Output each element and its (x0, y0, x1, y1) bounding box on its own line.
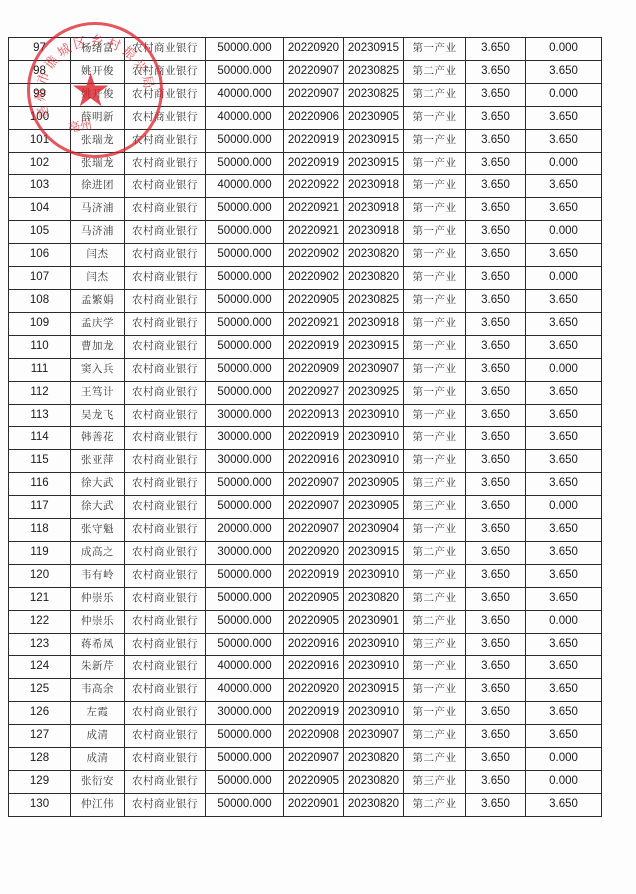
cell-subsidy-rate: 0.000 (526, 152, 602, 175)
cell-start-date: 20220919 (284, 702, 344, 725)
cell-index: 127 (9, 725, 71, 748)
cell-subsidy-rate: 3.650 (526, 244, 602, 267)
cell-start-date: 20220919 (284, 129, 344, 152)
cell-name: 韩善花 (71, 427, 125, 450)
cell-rate: 3.650 (466, 60, 526, 83)
table-row: 129 张衍安 农村商业银行 50000.000 20220905 202308… (9, 771, 602, 794)
cell-end-date: 20230918 (344, 198, 404, 221)
cell-loan-amount: 50000.000 (206, 610, 284, 633)
cell-end-date: 20230910 (344, 427, 404, 450)
cell-bank: 农村商业银行 (125, 771, 206, 794)
table-row: 120 韦有岭 农村商业银行 50000.000 20220919 202309… (9, 564, 602, 587)
cell-loan-amount: 40000.000 (206, 175, 284, 198)
table-row: 114 韩善花 农村商业银行 30000.000 20220919 202309… (9, 427, 602, 450)
cell-subsidy-rate: 3.650 (526, 198, 602, 221)
cell-index: 111 (9, 358, 71, 381)
cell-rate: 3.650 (466, 564, 526, 587)
cell-end-date: 20230904 (344, 519, 404, 542)
cell-rate: 3.650 (466, 771, 526, 794)
cell-name: 徐大武 (71, 473, 125, 496)
cell-industry: 第二产业 (404, 725, 466, 748)
cell-end-date: 20230905 (344, 473, 404, 496)
cell-end-date: 20230915 (344, 152, 404, 175)
cell-index: 110 (9, 335, 71, 358)
cell-end-date: 20230901 (344, 610, 404, 633)
cell-bank: 农村商业银行 (125, 427, 206, 450)
cell-rate: 3.650 (466, 473, 526, 496)
cell-industry: 第一产业 (404, 519, 466, 542)
cell-loan-amount: 50000.000 (206, 587, 284, 610)
cell-industry: 第二产业 (404, 587, 466, 610)
cell-bank: 农村商业银行 (125, 404, 206, 427)
cell-industry: 第二产业 (404, 541, 466, 564)
cell-start-date: 20220919 (284, 564, 344, 587)
cell-index: 128 (9, 748, 71, 771)
cell-bank: 农村商业银行 (125, 541, 206, 564)
cell-loan-amount: 50000.000 (206, 60, 284, 83)
cell-loan-amount: 50000.000 (206, 358, 284, 381)
table-row: 124 朱新芹 农村商业银行 40000.000 20220916 202309… (9, 656, 602, 679)
cell-industry: 第一产业 (404, 267, 466, 290)
cell-index: 125 (9, 679, 71, 702)
table-row: 127 成清 农村商业银行 50000.000 20220908 2023090… (9, 725, 602, 748)
cell-industry: 第一产业 (404, 404, 466, 427)
cell-bank: 农村商业银行 (125, 633, 206, 656)
cell-end-date: 20230910 (344, 404, 404, 427)
cell-rate: 3.650 (466, 656, 526, 679)
cell-loan-amount: 20000.000 (206, 519, 284, 542)
cell-start-date: 20220906 (284, 106, 344, 129)
cell-bank: 农村商业银行 (125, 83, 206, 106)
cell-index: 120 (9, 564, 71, 587)
cell-bank: 农村商业银行 (125, 564, 206, 587)
cell-rate: 3.650 (466, 335, 526, 358)
cell-index: 122 (9, 610, 71, 633)
cell-start-date: 20220927 (284, 381, 344, 404)
cell-industry: 第一产业 (404, 38, 466, 61)
cell-rate: 3.650 (466, 129, 526, 152)
cell-loan-amount: 50000.000 (206, 312, 284, 335)
cell-start-date: 20220921 (284, 198, 344, 221)
cell-bank: 农村商业银行 (125, 38, 206, 61)
cell-industry: 第二产业 (404, 60, 466, 83)
cell-industry: 第一产业 (404, 679, 466, 702)
cell-name: 马济浦 (71, 221, 125, 244)
cell-start-date: 20220908 (284, 725, 344, 748)
cell-end-date: 20230907 (344, 358, 404, 381)
cell-rate: 3.650 (466, 725, 526, 748)
cell-rate: 3.650 (466, 289, 526, 312)
cell-rate: 3.650 (466, 267, 526, 290)
cell-loan-amount: 40000.000 (206, 83, 284, 106)
cell-index: 117 (9, 496, 71, 519)
table-row: 100 薛明新 农村商业银行 40000.000 20220906 202309… (9, 106, 602, 129)
cell-index: 102 (9, 152, 71, 175)
cell-name: 仲江伟 (71, 793, 125, 816)
table-body: 97 杨绪富 农村商业银行 50000.000 20220920 2023091… (9, 38, 602, 817)
cell-loan-amount: 50000.000 (206, 244, 284, 267)
cell-end-date: 20230918 (344, 175, 404, 198)
cell-industry: 第一产业 (404, 656, 466, 679)
cell-industry: 第一产业 (404, 427, 466, 450)
cell-rate: 3.650 (466, 633, 526, 656)
cell-subsidy-rate: 3.650 (526, 60, 602, 83)
cell-end-date: 20230820 (344, 748, 404, 771)
cell-end-date: 20230825 (344, 289, 404, 312)
cell-start-date: 20220920 (284, 679, 344, 702)
cell-index: 100 (9, 106, 71, 129)
cell-loan-amount: 30000.000 (206, 702, 284, 725)
cell-bank: 农村商业银行 (125, 289, 206, 312)
cell-name: 张亚萍 (71, 450, 125, 473)
cell-subsidy-rate: 0.000 (526, 267, 602, 290)
cell-end-date: 20230915 (344, 38, 404, 61)
cell-end-date: 20230820 (344, 267, 404, 290)
cell-industry: 第三产业 (404, 496, 466, 519)
cell-bank: 农村商业银行 (125, 267, 206, 290)
cell-bank: 农村商业银行 (125, 335, 206, 358)
cell-industry: 第一产业 (404, 312, 466, 335)
cell-index: 98 (9, 60, 71, 83)
cell-loan-amount: 50000.000 (206, 38, 284, 61)
cell-index: 104 (9, 198, 71, 221)
cell-name: 张瑞龙 (71, 152, 125, 175)
cell-bank: 农村商业银行 (125, 587, 206, 610)
cell-name: 张守魁 (71, 519, 125, 542)
cell-name: 成清 (71, 725, 125, 748)
cell-end-date: 20230915 (344, 679, 404, 702)
cell-end-date: 20230925 (344, 381, 404, 404)
cell-name: 闫杰 (71, 267, 125, 290)
table-row: 128 成清 农村商业银行 50000.000 20220907 2023082… (9, 748, 602, 771)
cell-start-date: 20220905 (284, 289, 344, 312)
cell-subsidy-rate: 0.000 (526, 748, 602, 771)
cell-name: 姚开俊 (71, 83, 125, 106)
cell-subsidy-rate: 0.000 (526, 496, 602, 519)
cell-start-date: 20220921 (284, 221, 344, 244)
cell-start-date: 20220905 (284, 587, 344, 610)
cell-subsidy-rate: 3.650 (526, 129, 602, 152)
cell-name: 吴龙飞 (71, 404, 125, 427)
cell-subsidy-rate: 3.650 (526, 679, 602, 702)
cell-index: 109 (9, 312, 71, 335)
cell-loan-amount: 50000.000 (206, 633, 284, 656)
cell-subsidy-rate: 3.650 (526, 312, 602, 335)
cell-rate: 3.650 (466, 610, 526, 633)
cell-name: 曹加龙 (71, 335, 125, 358)
table-row: 122 仲崇乐 农村商业银行 50000.000 20220905 202309… (9, 610, 602, 633)
cell-subsidy-rate: 3.650 (526, 106, 602, 129)
cell-bank: 农村商业银行 (125, 175, 206, 198)
cell-end-date: 20230905 (344, 106, 404, 129)
cell-subsidy-rate: 0.000 (526, 610, 602, 633)
table-row: 103 徐进团 农村商业银行 40000.000 20220922 202309… (9, 175, 602, 198)
table-row: 105 马济浦 农村商业银行 50000.000 20220921 202309… (9, 221, 602, 244)
cell-start-date: 20220920 (284, 38, 344, 61)
cell-name: 姚开俊 (71, 60, 125, 83)
cell-name: 张衍安 (71, 771, 125, 794)
cell-end-date: 20230820 (344, 244, 404, 267)
cell-rate: 3.650 (466, 702, 526, 725)
cell-loan-amount: 30000.000 (206, 404, 284, 427)
cell-loan-amount: 30000.000 (206, 427, 284, 450)
table-row: 107 闫杰 农村商业银行 50000.000 20220902 2023082… (9, 267, 602, 290)
cell-start-date: 20220913 (284, 404, 344, 427)
cell-bank: 农村商业银行 (125, 244, 206, 267)
cell-rate: 3.650 (466, 541, 526, 564)
cell-index: 114 (9, 427, 71, 450)
cell-index: 103 (9, 175, 71, 198)
cell-industry: 第一产业 (404, 244, 466, 267)
cell-start-date: 20220922 (284, 175, 344, 198)
table-row: 108 孟繁娟 农村商业银行 50000.000 20220905 202308… (9, 289, 602, 312)
cell-industry: 第三产业 (404, 771, 466, 794)
cell-bank: 农村商业银行 (125, 129, 206, 152)
cell-index: 121 (9, 587, 71, 610)
cell-loan-amount: 40000.000 (206, 106, 284, 129)
cell-start-date: 20220907 (284, 496, 344, 519)
table-row: 106 闫杰 农村商业银行 50000.000 20220902 2023082… (9, 244, 602, 267)
cell-subsidy-rate: 3.650 (526, 587, 602, 610)
table-row: 110 曹加龙 农村商业银行 50000.000 20220919 202309… (9, 335, 602, 358)
cell-start-date: 20220907 (284, 83, 344, 106)
cell-start-date: 20220921 (284, 312, 344, 335)
table-row: 126 左霞 农村商业银行 30000.000 20220919 2023091… (9, 702, 602, 725)
cell-industry: 第二产业 (404, 748, 466, 771)
cell-bank: 农村商业银行 (125, 106, 206, 129)
cell-bank: 农村商业银行 (125, 381, 206, 404)
table-row: 118 张守魁 农村商业银行 20000.000 20220907 202309… (9, 519, 602, 542)
cell-name: 仲崇乐 (71, 610, 125, 633)
table-row: 116 徐大武 农村商业银行 50000.000 20220907 202309… (9, 473, 602, 496)
cell-loan-amount: 50000.000 (206, 793, 284, 816)
cell-name: 左霞 (71, 702, 125, 725)
cell-rate: 3.650 (466, 106, 526, 129)
cell-subsidy-rate: 3.650 (526, 793, 602, 816)
cell-end-date: 20230915 (344, 335, 404, 358)
cell-industry: 第一产业 (404, 450, 466, 473)
cell-rate: 3.650 (466, 83, 526, 106)
cell-subsidy-rate: 3.650 (526, 725, 602, 748)
cell-rate: 3.650 (466, 381, 526, 404)
cell-end-date: 20230910 (344, 564, 404, 587)
cell-loan-amount: 50000.000 (206, 267, 284, 290)
cell-start-date: 20220920 (284, 541, 344, 564)
cell-name: 张瑞龙 (71, 129, 125, 152)
cell-end-date: 20230820 (344, 771, 404, 794)
table-row: 123 蒋希凤 农村商业银行 50000.000 20220916 202309… (9, 633, 602, 656)
table-row: 121 仲崇乐 农村商业银行 50000.000 20220905 202308… (9, 587, 602, 610)
cell-end-date: 20230910 (344, 633, 404, 656)
cell-loan-amount: 50000.000 (206, 221, 284, 244)
cell-industry: 第一产业 (404, 198, 466, 221)
cell-index: 105 (9, 221, 71, 244)
cell-start-date: 20220916 (284, 656, 344, 679)
table-row: 112 王笃计 农村商业银行 50000.000 20220927 202309… (9, 381, 602, 404)
cell-loan-amount: 50000.000 (206, 496, 284, 519)
loan-subsidy-table: 97 杨绪富 农村商业银行 50000.000 20220920 2023091… (8, 37, 602, 817)
cell-loan-amount: 30000.000 (206, 450, 284, 473)
cell-start-date: 20220916 (284, 450, 344, 473)
cell-start-date: 20220909 (284, 358, 344, 381)
cell-name: 仲崇乐 (71, 587, 125, 610)
cell-name: 杨绪富 (71, 38, 125, 61)
cell-name: 韦有岭 (71, 564, 125, 587)
table-row: 111 窦入兵 农村商业银行 50000.000 20220909 202309… (9, 358, 602, 381)
table-row: 115 张亚萍 农村商业银行 30000.000 20220916 202309… (9, 450, 602, 473)
cell-name: 窦入兵 (71, 358, 125, 381)
cell-start-date: 20220919 (284, 427, 344, 450)
cell-end-date: 20230918 (344, 312, 404, 335)
scanned-page: 97 杨绪富 农村商业银行 50000.000 20220920 2023091… (0, 0, 636, 894)
table-row: 109 孟庆学 农村商业银行 50000.000 20220921 202309… (9, 312, 602, 335)
cell-rate: 3.650 (466, 679, 526, 702)
cell-subsidy-rate: 3.650 (526, 175, 602, 198)
cell-industry: 第一产业 (404, 381, 466, 404)
cell-loan-amount: 50000.000 (206, 381, 284, 404)
cell-rate: 3.650 (466, 38, 526, 61)
cell-bank: 农村商业银行 (125, 496, 206, 519)
cell-rate: 3.650 (466, 152, 526, 175)
cell-name: 孟庆学 (71, 312, 125, 335)
cell-end-date: 20230820 (344, 587, 404, 610)
cell-start-date: 20220919 (284, 335, 344, 358)
cell-subsidy-rate: 0.000 (526, 83, 602, 106)
table-row: 98 姚开俊 农村商业银行 50000.000 20220907 2023082… (9, 60, 602, 83)
cell-rate: 3.650 (466, 358, 526, 381)
cell-loan-amount: 40000.000 (206, 679, 284, 702)
cell-index: 123 (9, 633, 71, 656)
table-row: 99 姚开俊 农村商业银行 40000.000 20220907 2023082… (9, 83, 602, 106)
cell-index: 106 (9, 244, 71, 267)
cell-rate: 3.650 (466, 450, 526, 473)
cell-start-date: 20220919 (284, 152, 344, 175)
cell-subsidy-rate: 3.650 (526, 381, 602, 404)
cell-name: 成清 (71, 748, 125, 771)
table-row: 125 韦高余 农村商业银行 40000.000 20220920 202309… (9, 679, 602, 702)
table-row: 97 杨绪富 农村商业银行 50000.000 20220920 2023091… (9, 38, 602, 61)
cell-name: 徐大武 (71, 496, 125, 519)
cell-index: 126 (9, 702, 71, 725)
cell-subsidy-rate: 3.650 (526, 335, 602, 358)
cell-rate: 3.650 (466, 198, 526, 221)
cell-rate: 3.650 (466, 748, 526, 771)
cell-index: 107 (9, 267, 71, 290)
cell-industry: 第一产业 (404, 152, 466, 175)
cell-bank: 农村商业银行 (125, 702, 206, 725)
cell-loan-amount: 50000.000 (206, 725, 284, 748)
cell-industry: 第一产业 (404, 129, 466, 152)
cell-loan-amount: 30000.000 (206, 541, 284, 564)
cell-name: 马济浦 (71, 198, 125, 221)
cell-loan-amount: 50000.000 (206, 771, 284, 794)
cell-index: 129 (9, 771, 71, 794)
cell-start-date: 20220907 (284, 473, 344, 496)
cell-rate: 3.650 (466, 221, 526, 244)
cell-start-date: 20220907 (284, 60, 344, 83)
cell-subsidy-rate: 0.000 (526, 221, 602, 244)
cell-industry: 第一产业 (404, 289, 466, 312)
cell-loan-amount: 50000.000 (206, 473, 284, 496)
cell-subsidy-rate: 3.650 (526, 427, 602, 450)
cell-start-date: 20220907 (284, 519, 344, 542)
cell-start-date: 20220916 (284, 633, 344, 656)
cell-bank: 农村商业银行 (125, 473, 206, 496)
cell-end-date: 20230910 (344, 702, 404, 725)
cell-rate: 3.650 (466, 496, 526, 519)
cell-rate: 3.650 (466, 244, 526, 267)
cell-index: 124 (9, 656, 71, 679)
cell-bank: 农村商业银行 (125, 450, 206, 473)
cell-name: 闫杰 (71, 244, 125, 267)
cell-industry: 第三产业 (404, 473, 466, 496)
cell-bank: 农村商业银行 (125, 221, 206, 244)
cell-bank: 农村商业银行 (125, 312, 206, 335)
cell-start-date: 20220905 (284, 771, 344, 794)
cell-index: 130 (9, 793, 71, 816)
cell-bank: 农村商业银行 (125, 748, 206, 771)
cell-loan-amount: 50000.000 (206, 748, 284, 771)
cell-start-date: 20220905 (284, 610, 344, 633)
cell-index: 108 (9, 289, 71, 312)
cell-bank: 农村商业银行 (125, 198, 206, 221)
cell-bank: 农村商业银行 (125, 679, 206, 702)
table-row: 130 仲江伟 农村商业银行 50000.000 20220901 202308… (9, 793, 602, 816)
cell-bank: 农村商业银行 (125, 725, 206, 748)
cell-end-date: 20230910 (344, 450, 404, 473)
cell-start-date: 20220907 (284, 748, 344, 771)
cell-index: 97 (9, 38, 71, 61)
cell-industry: 第一产业 (404, 175, 466, 198)
cell-loan-amount: 50000.000 (206, 564, 284, 587)
cell-start-date: 20220901 (284, 793, 344, 816)
cell-subsidy-rate: 3.650 (526, 473, 602, 496)
cell-name: 成高之 (71, 541, 125, 564)
cell-subsidy-rate: 3.650 (526, 450, 602, 473)
cell-subsidy-rate: 3.650 (526, 656, 602, 679)
cell-industry: 第二产业 (404, 793, 466, 816)
cell-industry: 第二产业 (404, 83, 466, 106)
table-row: 117 徐大武 农村商业银行 50000.000 20220907 202309… (9, 496, 602, 519)
cell-index: 112 (9, 381, 71, 404)
cell-index: 99 (9, 83, 71, 106)
cell-index: 101 (9, 129, 71, 152)
cell-name: 薛明新 (71, 106, 125, 129)
cell-bank: 农村商业银行 (125, 519, 206, 542)
cell-end-date: 20230907 (344, 725, 404, 748)
table-row: 102 张瑞龙 农村商业银行 50000.000 20220919 202309… (9, 152, 602, 175)
cell-loan-amount: 50000.000 (206, 129, 284, 152)
cell-subsidy-rate: 0.000 (526, 38, 602, 61)
cell-industry: 第二产业 (404, 610, 466, 633)
cell-rate: 3.650 (466, 312, 526, 335)
cell-industry: 第一产业 (404, 564, 466, 587)
cell-index: 119 (9, 541, 71, 564)
cell-index: 116 (9, 473, 71, 496)
cell-end-date: 20230825 (344, 60, 404, 83)
cell-subsidy-rate: 0.000 (526, 771, 602, 794)
cell-end-date: 20230915 (344, 541, 404, 564)
cell-end-date: 20230825 (344, 83, 404, 106)
cell-industry: 第三产业 (404, 633, 466, 656)
cell-bank: 农村商业银行 (125, 656, 206, 679)
cell-loan-amount: 40000.000 (206, 656, 284, 679)
table-row: 119 成高之 农村商业银行 30000.000 20220920 202309… (9, 541, 602, 564)
cell-end-date: 20230918 (344, 221, 404, 244)
cell-subsidy-rate: 3.650 (526, 404, 602, 427)
cell-industry: 第一产业 (404, 702, 466, 725)
cell-bank: 农村商业银行 (125, 358, 206, 381)
